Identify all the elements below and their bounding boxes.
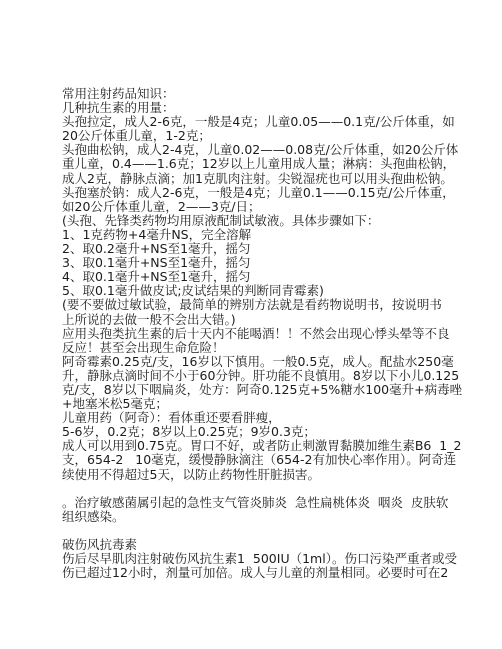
text-line: 重儿童，0.4——1.6克；12岁以上儿童用成人量；淋病：头孢曲松钠，	[62, 157, 462, 171]
text-line: 反应！甚至会出现生命危险！	[62, 341, 462, 355]
blank-line	[62, 482, 462, 496]
text-line: 升，静脉点滴时间不小于60分钟。肝功能不良慎用。8岁以下小儿0.125	[62, 369, 462, 383]
text-line: 如20公斤体重儿童，2——3克/日；	[62, 200, 462, 214]
text-line: 成人可以用到0.75克。胃口不好，或者防止刺激胃黏膜加维生素B6 1_2	[62, 439, 462, 453]
text-line: 5、取0.1毫升做皮试;皮试结果的判断同青霉素)	[62, 284, 462, 298]
text-line: 应用头孢类抗生素的后十天内不能喝酒！！不然会出现心悸头晕等不良	[62, 327, 462, 341]
text-line: 4、取0.1毫升+NS至1毫升，摇匀	[62, 270, 462, 284]
text-line: 常用注射药品知识：	[62, 87, 462, 101]
text-line: 1、1克药物+4毫升NS，完全溶解	[62, 228, 462, 242]
text-line: 3、取0.1毫升+NS至1毫升，摇匀	[62, 256, 462, 270]
text-line: 续使用不得超过5天，以防止药物性肝脏损害。	[62, 468, 462, 482]
document-page: 常用注射药品知识：几种抗生素的用量：头孢拉定，成人2-6克，一般是4克；儿童0.…	[0, 0, 502, 649]
text-line: 头孢曲松钠，成人2-4克，儿童0.02——0.08克/公斤体重，如20公斤体	[62, 143, 462, 157]
text-line: 破伤风抗毒素	[62, 538, 462, 552]
text-line: 支，654-2 10毫克，缓慢静脉滴注（654-2有加快心率作用）。阿奇连	[62, 453, 462, 467]
text-line: 头孢拉定，成人2-6克，一般是4克；儿童0.05——0.1克/公斤体重，如	[62, 115, 462, 129]
text-line: 伤已超过12小时，剂量可加倍。成人与儿童的剂量相同。必要时可在2	[62, 566, 462, 580]
text-line: 上所说的去做一般不会出大错。)	[62, 313, 462, 327]
text-line: 2、取0.2毫升+NS至1毫升，摇匀	[62, 242, 462, 256]
document-body: 常用注射药品知识：几种抗生素的用量：头孢拉定，成人2-6克，一般是4克；儿童0.…	[62, 87, 462, 580]
text-line: +地塞米松5毫克；	[62, 397, 462, 411]
text-line: 5-6岁，0.2克；8岁以上0.25克；9岁0.3克；	[62, 425, 462, 439]
text-line: 头孢塞於钠：成人2-6克，一般是4克；儿童0.1——0.15克/公斤体重，	[62, 186, 462, 200]
text-line: 。治疗敏感菌属引起的急性支气管炎肺炎 急性扁桃体炎 咽炎 皮肤软	[62, 496, 462, 510]
text-line: 克/支，8岁以下咽扁炎，处方：阿奇0.125克+5%糖水100毫升+病毒唑	[62, 383, 462, 397]
text-line: 伤后尽早肌肉注射破伤风抗生素1 500IU（1ml）。伤口污染严重者或受	[62, 552, 462, 566]
text-line: (头孢、先锋类药物均用原液配制试敏液。具体步骤如下：	[62, 214, 462, 228]
text-line: 组织感染。	[62, 510, 462, 524]
blank-line	[62, 524, 462, 538]
text-line: 20公斤体重儿童，1-2克；	[62, 129, 462, 143]
text-line: 几种抗生素的用量：	[62, 101, 462, 115]
text-line: 阿奇霉素0.25克/支，16岁以下慎用。一般0.5克，成人。配盐水250毫	[62, 355, 462, 369]
text-line: 儿童用药（阿奇）：看体重还要看胖瘦，	[62, 411, 462, 425]
text-line: 成人2克，静脉点滴；加1克肌肉注射。尖锐湿疣也可以用头孢曲松钠。	[62, 172, 462, 186]
text-line: (要不要做过敏试验，最简单的辨别方法就是看药物说明书，按说明书	[62, 298, 462, 312]
